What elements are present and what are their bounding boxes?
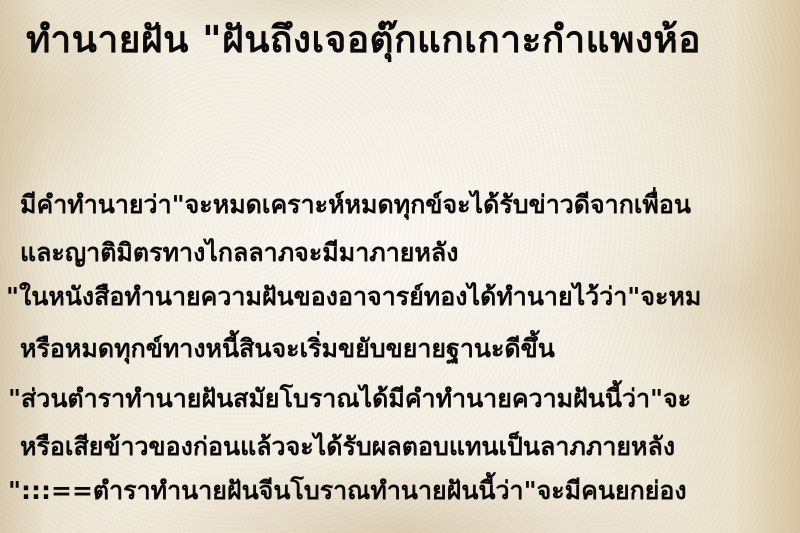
dream-interpretation-article: ทำนายฝัน "ฝันถึงเจอตุ๊กแกเกาะกำแพงห้อ มี… <box>0 0 800 533</box>
text-line-3: "ในหนังสือทำนายความฝันของอาจารย์ทองได้ทำ… <box>6 282 701 312</box>
text-line-7: ":::==ตำราทำนายฝันจีนโบราณทำนายฝันนี้ว่า… <box>8 476 687 506</box>
text-line-2: และญาติมิตรทางไกลลาภจะมีมาภายหลัง <box>20 238 458 268</box>
text-line-1: มีคำทำนายว่า"จะหมดเคราะห์หมดทุกข์จะได้รั… <box>20 190 691 220</box>
text-line-4: หรือหมดทุกข์ทางหนี้สินจะเริ่มขยับขยายฐาน… <box>20 334 555 364</box>
text-line-6: หรือเสียข้าวของก่อนแล้วจะได้รับผลตอบแทนเ… <box>20 432 675 462</box>
page-title: ทำนายฝัน "ฝันถึงเจอตุ๊กแกเกาะกำแพงห้อ <box>26 18 701 62</box>
text-line-5: "ส่วนตำราทำนายฝันสมัยโบราณได้มีคำทำนายคว… <box>8 384 691 414</box>
